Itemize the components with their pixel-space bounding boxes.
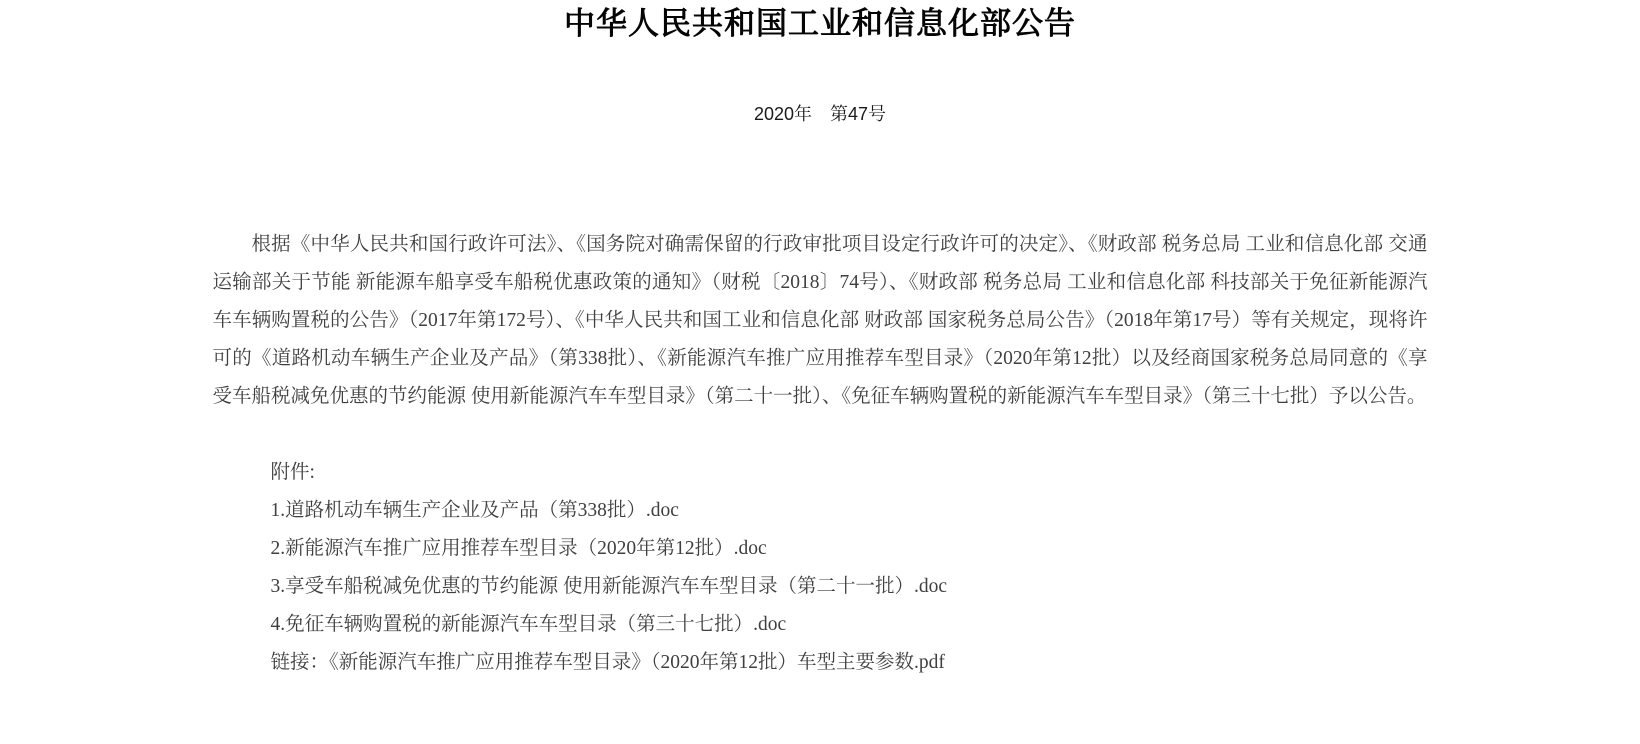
attachments-section: 附件: 1.道路机动车辆生产企业及产品（第338批）.doc 2.新能源汽车推广… <box>213 454 1428 682</box>
page-title: 中华人民共和国工业和信息化部公告 <box>213 0 1428 42</box>
attachment-doc-3[interactable]: 3.享受车船税减免优惠的节约能源 使用新能源汽车车型目录（第二十一批）.doc <box>271 568 1428 606</box>
issue-number: 2020年 第47号 <box>213 100 1428 126</box>
announcement-document: 中华人民共和国工业和信息化部公告 2020年 第47号 根据《中华人民共和国行政… <box>213 0 1428 682</box>
attachment-doc-1[interactable]: 1.道路机动车辆生产企业及产品（第338批）.doc <box>271 492 1428 530</box>
attachment-doc-4[interactable]: 4.免征车辆购置税的新能源汽车车型目录（第三十七批）.doc <box>271 606 1428 644</box>
attachment-link-pdf[interactable]: 链接：《新能源汽车推广应用推荐车型目录》（2020年第12批）车型主要参数.pd… <box>271 644 1428 682</box>
body-paragraph: 根据《中华人民共和国行政许可法》、《国务院对确需保留的行政审批项目设定行政许可的… <box>213 226 1428 416</box>
attachments-label: 附件: <box>271 454 1428 492</box>
attachment-doc-2[interactable]: 2.新能源汽车推广应用推荐车型目录（2020年第12批）.doc <box>271 530 1428 568</box>
